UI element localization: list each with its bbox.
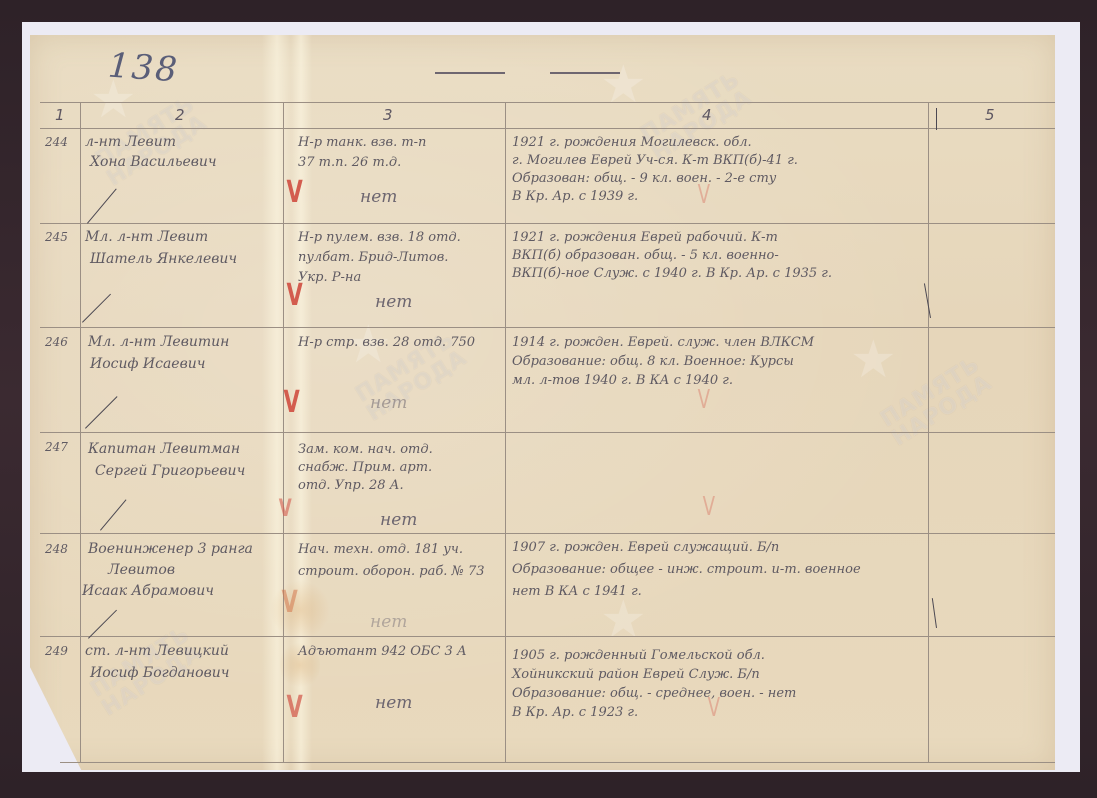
column-header-4: 4 — [702, 106, 712, 124]
column-header-2: 2 — [175, 106, 185, 124]
rank-name-line: Военинженер 3 ранга — [88, 540, 253, 559]
bio-line: ВКП(б) образован. общ. - 5 кл. военно- — [512, 246, 779, 265]
column-divider — [505, 102, 506, 762]
bio-line: 1921 г. рождения Еврей рабочий. К-т — [512, 228, 778, 247]
rank-name-line: Шатель Янкелевич — [90, 250, 237, 269]
status-mark: нет — [360, 187, 397, 207]
bio-line: нет В КА с 1941 г. — [512, 582, 642, 601]
red-check-icon: V — [281, 585, 297, 620]
rank-name-line: Исаак Абрамович — [82, 582, 214, 601]
position-line: Зам. ком. нач. отд. — [298, 440, 433, 459]
red-check-icon: V — [279, 494, 292, 522]
rank-name-line: Иосиф Исаевич — [90, 355, 205, 374]
rank-name-line: л-нт Левит — [85, 133, 176, 152]
row-number: 247 — [45, 438, 68, 457]
rank-name-line: Левитов — [108, 561, 175, 580]
column-divider — [928, 102, 929, 762]
position-line: Н-р танк. взв. т-п — [298, 133, 426, 152]
red-check-icon: V — [286, 278, 302, 313]
row-number: 246 — [45, 333, 68, 352]
row-divider — [40, 533, 1055, 534]
bio-line: Образован: общ. - 9 кл. воен. - 2-е сту — [512, 169, 776, 188]
rank-name-line: Капитан Левитман — [88, 440, 240, 459]
position-line: Укр. Р-на — [298, 268, 361, 287]
status-mark: нет — [370, 612, 407, 632]
bio-line: 1905 г. рожденный Гомельской обл. — [512, 646, 765, 665]
status-mark: нет — [375, 292, 412, 312]
faint-check-icon: V — [703, 492, 715, 522]
position-line: 37 т.п. 26 т.д. — [298, 153, 401, 172]
position-line: Н-р стр. взв. 28 отд. 750 — [298, 333, 475, 352]
faint-check-icon: V — [698, 180, 710, 210]
position-line: пулбат. Брид-Литов. — [298, 248, 448, 267]
table-header-divider — [40, 128, 1055, 129]
position-line: снабж. Прим. арт. — [298, 458, 432, 477]
bio-line: В Кр. Ар. с 1923 г. — [512, 703, 638, 722]
position-line: Н-р пулем. взв. 18 отд. — [298, 228, 461, 247]
status-mark: нет — [375, 693, 412, 713]
rank-name-line: ст. л-нт Левицкий — [85, 642, 229, 661]
bio-line: В Кр. Ар. с 1939 г. — [512, 187, 638, 206]
row-divider — [40, 636, 1055, 637]
row-number: 249 — [45, 642, 68, 661]
bio-line: Образование: общ. 8 кл. Военное: Курсы — [512, 352, 794, 371]
position-line: Нач. техн. отд. 181 уч. — [298, 540, 463, 559]
rank-name-line: Иосиф Богданович — [90, 664, 229, 683]
row-number: 244 — [45, 133, 68, 152]
rank-name-line: Мл. л-нт Левитин — [88, 333, 229, 352]
bio-line: ВКП(б)-ное Служ. с 1940 г. В Кр. Ар. с 1… — [512, 264, 832, 283]
bio-line: 1907 г. рожден. Еврей служащий. Б/п — [512, 538, 779, 557]
column-header-3: 3 — [383, 106, 393, 124]
row-divider — [40, 432, 1055, 433]
rank-name-line: Мл. л-нт Левит — [85, 228, 208, 247]
row-divider — [40, 223, 1055, 224]
column-header-5: 5 — [985, 106, 995, 124]
watermark-star-icon: ★ — [850, 330, 897, 390]
paper-stain — [270, 580, 330, 640]
bio-line: Хойникский район Еврей Служ. Б/п — [512, 665, 760, 684]
archive-page-number: 138 — [107, 46, 181, 91]
row-number: 245 — [45, 228, 68, 247]
status-mark: нет — [370, 393, 407, 413]
position-line: отд. Упр. 28 А. — [298, 476, 404, 495]
bio-line: Образование: общее - инж. строит. и-т. в… — [512, 560, 861, 579]
row-divider — [40, 327, 1055, 328]
table-border-bottom — [60, 762, 1055, 763]
pencil-mark-icon — [936, 108, 937, 130]
rank-name-line: Сергей Григорьевич — [95, 462, 245, 481]
position-line: строит. оборон. раб. № 73 — [298, 562, 485, 581]
column-header-1: 1 — [55, 106, 65, 124]
rank-name-line: Хона Васильевич — [90, 153, 217, 172]
bio-line: Образование: общ. - среднее, воен. - нет — [512, 684, 796, 703]
bio-line: 1921 г. рождения Могилевск. обл. — [512, 133, 752, 152]
table-border-top — [40, 102, 1055, 103]
bio-line: г. Могилев Еврей Уч-ся. К-т ВКП(б)-41 г. — [512, 151, 798, 170]
faint-check-icon: V — [708, 693, 720, 723]
header-dash — [550, 72, 620, 74]
header-dash — [435, 72, 505, 74]
position-line: Адъютант 942 ОБС 3 А — [298, 642, 467, 661]
red-check-icon: V — [286, 690, 302, 725]
red-check-icon: V — [286, 175, 302, 210]
row-number: 248 — [45, 540, 68, 559]
faint-check-icon: V — [698, 385, 710, 415]
column-divider — [80, 102, 81, 762]
status-mark: нет — [380, 510, 417, 530]
watermark-star-icon: ★ — [600, 55, 647, 115]
red-check-icon: V — [283, 385, 299, 420]
column-divider — [283, 102, 284, 762]
bio-line: 1914 г. рожден. Еврей. служ. член ВЛКСМ — [512, 333, 814, 352]
